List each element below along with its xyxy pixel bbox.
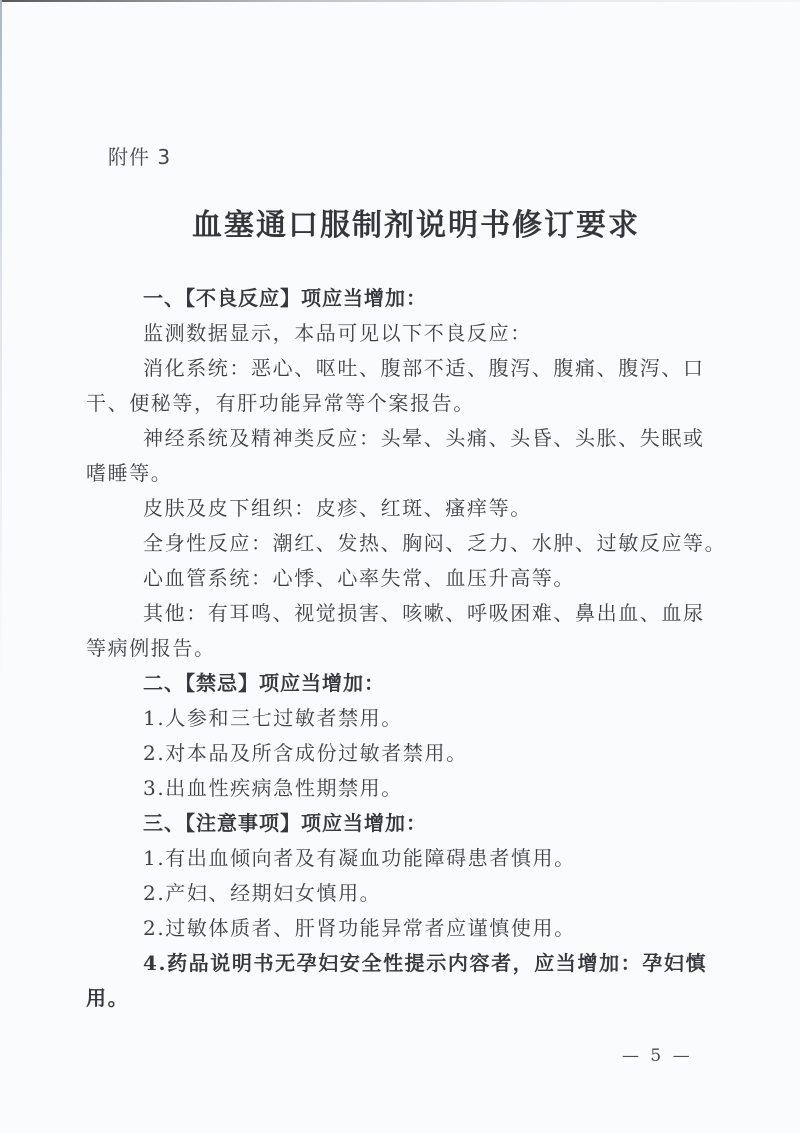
scan-edge-left: [0, 0, 2, 680]
text-line: 其他：有耳鸣、视觉损害、咳嗽、呼吸困难、鼻出血、血尿: [86, 596, 746, 631]
scanned-document-page: 附件 3 血塞通口服制剂说明书修订要求 一、【不良反应】项应当增加：监测数据显示…: [0, 0, 800, 1133]
text-line: 1.有出血倾向者及有凝血功能障碍患者慎用。: [86, 841, 746, 876]
text-line: 用。: [86, 981, 746, 1016]
document-title: 血塞通口服制剂说明书修订要求: [0, 200, 800, 244]
text-line: 心血管系统：心悸、心率失常、血压升高等。: [86, 561, 746, 596]
text-line: 嗜睡等。: [86, 456, 746, 491]
scan-edge-top: [0, 0, 800, 2]
text-line: 2.对本品及所含成份过敏者禁用。: [86, 736, 746, 771]
text-line: 2.产妇、经期妇女慎用。: [86, 876, 746, 911]
attachment-label: 附件 3: [108, 141, 171, 170]
text-line: 等病例报告。: [86, 631, 746, 666]
text-line: 4.药品说明书无孕妇安全性提示内容者，应当增加：孕妇慎: [86, 946, 746, 981]
text-line: 3.出血性疾病急性期禁用。: [86, 771, 746, 806]
text-line: 全身性反应：潮红、发热、胸闷、乏力、水肿、过敏反应等。: [86, 526, 746, 561]
text-line: 消化系统：恶心、呕吐、腹部不适、腹泻、腹痛、腹泻、口: [86, 351, 746, 386]
text-line: 三、【注意事项】项应当增加：: [86, 806, 746, 841]
text-line: 1.人参和三七过敏者禁用。: [86, 701, 746, 736]
text-line: 皮肤及皮下组织：皮疹、红斑、瘙痒等。: [86, 491, 746, 526]
text-line: 神经系统及精神类反应：头晕、头痛、头昏、头胀、失眠或: [86, 421, 746, 456]
page-number: — 5 —: [622, 1046, 693, 1066]
text-line: 监测数据显示，本品可见以下不良反应：: [86, 316, 746, 351]
text-line: 2.过敏体质者、肝肾功能异常者应谨慎使用。: [86, 911, 746, 946]
text-line: 二、【禁忌】项应当增加：: [86, 666, 746, 701]
document-body: 一、【不良反应】项应当增加：监测数据显示，本品可见以下不良反应：消化系统：恶心、…: [86, 281, 746, 1016]
text-line: 一、【不良反应】项应当增加：: [86, 281, 746, 316]
text-line: 干、便秘等，有肝功能异常等个案报告。: [86, 386, 746, 421]
